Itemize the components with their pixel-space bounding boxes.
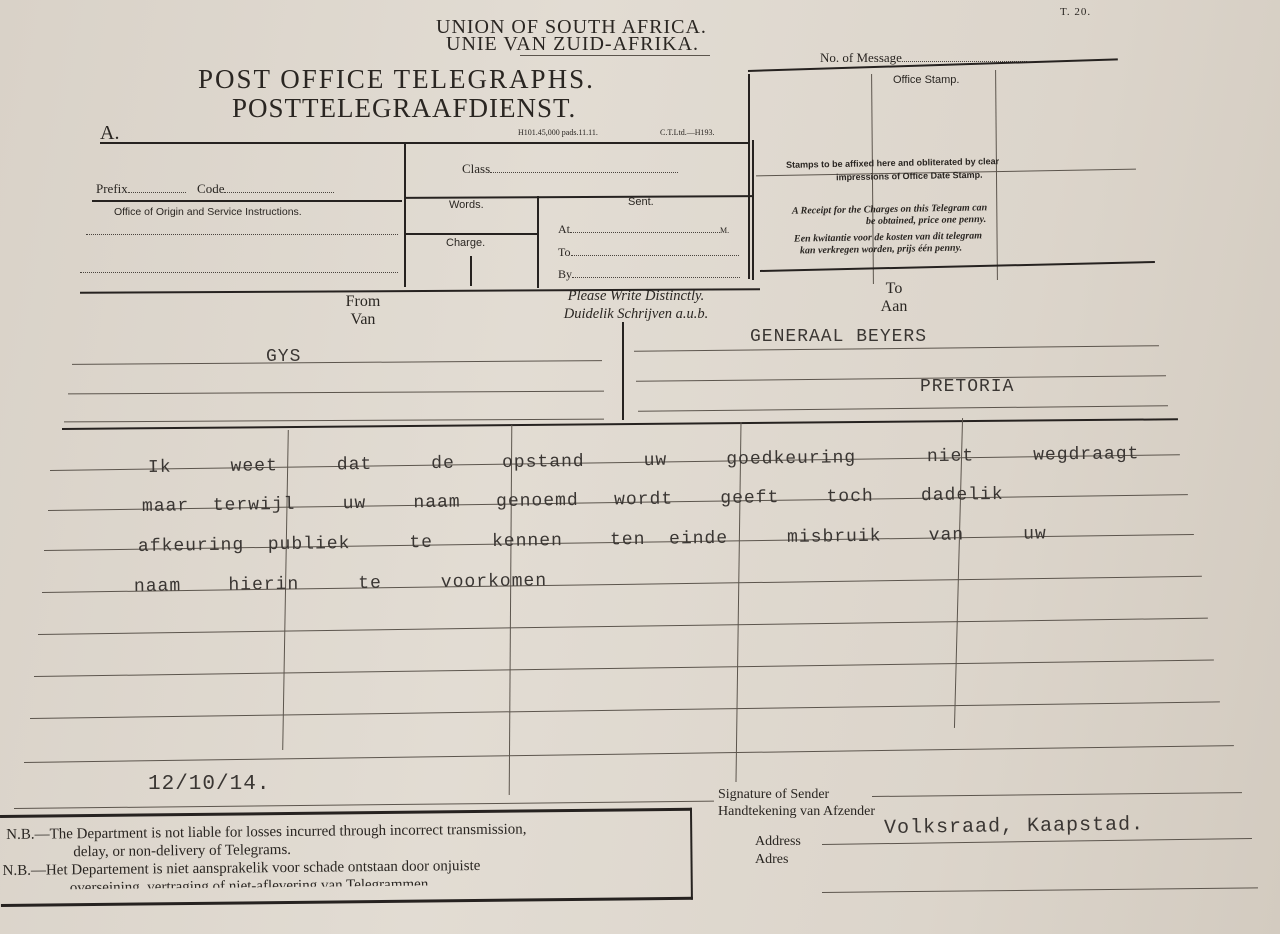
from-label-af: Van <box>336 311 390 329</box>
from-to-divider <box>622 322 624 420</box>
sent-label: Sent. <box>628 196 654 208</box>
to-value-line1[interactable]: GENERAAL BEYERS <box>750 327 927 347</box>
code-value[interactable] <box>224 180 334 193</box>
receipt-af-2: kan verkregen worden, prijs één penny. <box>800 243 962 257</box>
stamp-divider-2 <box>995 70 998 280</box>
address-label: Address Adres <box>755 833 801 869</box>
form-code: T. 20. <box>1060 6 1091 18</box>
to-line-2 <box>636 375 1166 382</box>
header-rule <box>100 142 750 144</box>
to-value-line2[interactable]: PRETORIA <box>920 377 1014 397</box>
message-line-8 <box>24 745 1234 763</box>
write-distinctly-note: Please Write Distinctly. Duidelik Schrij… <box>522 287 750 323</box>
stamp-box-left <box>748 74 750 279</box>
message-row-2[interactable]: maar terwijl uw naam genoemd wordt geeft… <box>142 485 1004 517</box>
nb-en-1: N.B.—The Department is not liable for lo… <box>6 821 526 843</box>
words-divider <box>537 196 539 288</box>
from-label: From Van <box>336 293 390 329</box>
class-value[interactable] <box>490 160 678 173</box>
instruction-en: Please Write Distinctly. <box>522 287 750 305</box>
origin-line-2[interactable] <box>80 272 398 273</box>
signature-label: Signature of Sender Handtekening van Afz… <box>718 786 875 820</box>
from-line-1 <box>72 360 602 365</box>
message-row-1[interactable]: Ik weet dat de opstand uw goedkeuring ni… <box>148 444 1140 478</box>
words-value[interactable] <box>408 214 536 232</box>
at-suffix: M. <box>720 226 729 235</box>
sent-at-field[interactable]: AtM. <box>558 220 729 237</box>
code-label: Code <box>197 181 224 196</box>
from-label-en: From <box>336 293 390 311</box>
sent-to-field[interactable]: To <box>558 243 739 260</box>
nb-en-2: delay, or non-delivery of Telegrams. <box>73 842 291 861</box>
stamps-note-2: impressions of Office Date Stamp. <box>836 170 983 183</box>
from-line-2 <box>68 391 604 395</box>
stamp-box-bottom <box>760 261 1155 272</box>
title-en: POST OFFICE TELEGRAPHS. <box>198 64 595 95</box>
printer-ref: C.T.Ltd.—H193. <box>660 128 715 137</box>
grid-col-2 <box>509 425 513 795</box>
words-label: Words. <box>449 199 484 211</box>
words-rule <box>404 233 537 235</box>
to-label-en: To <box>872 280 916 298</box>
message-no-label: No. of Message <box>820 50 902 65</box>
to-label-af: Aan <box>872 298 916 316</box>
stamps-note-1: Stamps to be affixed here and obliterate… <box>786 156 999 170</box>
class-label: Class <box>462 161 490 176</box>
heading-underline <box>520 55 710 56</box>
message-line-5 <box>38 618 1208 635</box>
to-label: To Aan <box>872 280 916 316</box>
prefix-rule <box>92 200 402 202</box>
print-ref: H101.45,000 pads.11.11. <box>518 128 598 137</box>
at-label: At <box>558 222 570 236</box>
message-row-3[interactable]: afkeuring publiek te kennen ten einde mi… <box>138 524 1047 557</box>
signature-label-en: Signature of Sender <box>718 786 875 803</box>
message-no-value[interactable] <box>902 49 1027 62</box>
origin-line-1[interactable] <box>86 234 398 235</box>
to-line-3 <box>638 405 1168 412</box>
address-label-en: Address <box>755 833 801 851</box>
office-stamp-label: Office Stamp. <box>893 74 959 86</box>
service-divider-main <box>404 142 406 287</box>
address-value[interactable]: Volksraad, Kaapstad. <box>884 813 1144 840</box>
address-line-2 <box>822 887 1258 893</box>
title-af: POSTTELEGRAAFDIENST. <box>232 93 576 124</box>
signature-label-af: Handtekening van Afzender <box>718 803 875 820</box>
disclaimer-box: N.B.—The Department is not liable for lo… <box>0 808 693 907</box>
address-label-af: Adres <box>755 851 801 869</box>
sent-to-label: To <box>558 245 571 259</box>
class-field[interactable]: Class <box>462 160 678 177</box>
from-value[interactable]: GYS <box>266 347 301 367</box>
prefix-field[interactable]: Prefix Code <box>96 180 334 197</box>
message-date[interactable]: 12/10/14. <box>148 773 270 796</box>
origin-label: Office of Origin and Service Instruction… <box>114 206 302 218</box>
receipt-en-2: be obtained, price one penny. <box>866 214 986 227</box>
heading-af: UNIE VAN ZUID-AFRIKA. <box>446 33 699 56</box>
telegram-form-photo: T. 20. UNION OF SOUTH AFRICA. UNIE VAN Z… <box>0 0 1280 934</box>
prefix-label: Prefix <box>96 181 128 196</box>
instruction-af: Duidelik Schrijven a.u.b. <box>522 305 750 323</box>
message-line-6 <box>34 660 1214 677</box>
charge-label: Charge. <box>446 237 485 249</box>
message-row-4[interactable]: naam hierin te voorkomen <box>134 571 547 597</box>
from-line-3 <box>64 419 604 423</box>
signature-line[interactable] <box>872 792 1242 797</box>
prefix-value[interactable] <box>128 180 186 193</box>
sent-by-field[interactable]: By <box>558 265 740 282</box>
service-divider-right <box>752 140 754 280</box>
message-line-7 <box>30 701 1220 719</box>
grid-col-3 <box>735 422 741 782</box>
sent-by-label: By <box>558 267 572 281</box>
charge-divider <box>470 256 472 286</box>
